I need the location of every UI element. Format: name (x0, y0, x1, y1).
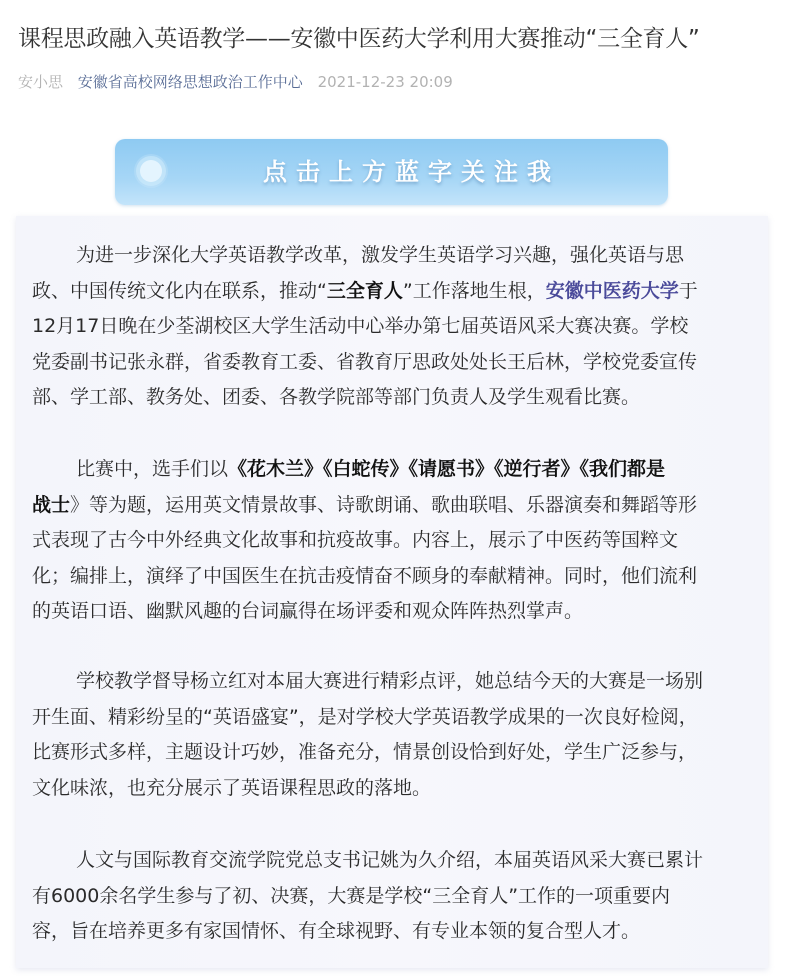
text-line: 为进一步深化大学英语教学改革，激发学生英语学习兴趣，强化英语与思 (32, 238, 754, 274)
bold-text: 战士 (32, 494, 70, 516)
circle-dot-icon (140, 160, 162, 182)
text-line: 容，旨在培养更多有家国情怀、有全球视野、有专业本领的复合型人才。 (32, 914, 754, 950)
text-line: 式表现了古今中外经典文化故事和抗疫故事。内容上，展示了中医药等国粹文 (32, 523, 754, 559)
text-line: 战士》等为题，运用英文情景故事、诗歌朗诵、歌曲联唱、乐器演奏和舞蹈等形 (32, 488, 754, 524)
text-run: 》等为题，运用英文情景故事、诗歌朗诵、歌曲联唱、乐器演奏和舞蹈等形 (70, 494, 697, 516)
follow-banner-label: 点击上方蓝字关注我 (263, 155, 560, 189)
paragraph-1: 为进一步深化大学英语教学改革，激发学生英语学习兴趣，强化英语与思 政、中国传统文… (32, 238, 754, 416)
author-name: 安小思 (18, 73, 63, 91)
text-line: 学校教学督导杨立红对本届大赛进行精彩点评，她总结今天的大赛是一场别 (32, 664, 754, 700)
paragraph-4: 人文与国际教育交流学院党总支书记姚为久介绍，本届英语风采大赛已累计 有6000余… (32, 843, 754, 950)
text-line: 人文与国际教育交流学院党总支书记姚为久介绍，本届英语风采大赛已累计 (32, 843, 754, 879)
text-line: 党委副书记张永群，省委教育工委、省教育厅思政处处长王后林，学校党委宣传 (32, 345, 754, 381)
bold-text: 三全育人 (327, 280, 403, 302)
text-run: 比赛中，选手们以 (76, 458, 228, 480)
text-line: 的英语口语、幽默风趣的台词赢得在场评委和观众阵阵热烈掌声。 (32, 594, 754, 630)
text-run: 于 (679, 280, 698, 302)
article-title: 课程思政融入英语教学——安徽中医药大学利用大赛推动“三全育人” (18, 22, 788, 56)
text-line: 部、学工部、教务处、团委、各教学院部等部门负责人及学生观看比赛。 (32, 380, 754, 416)
paragraph-3: 学校教学督导杨立红对本届大赛进行精彩点评，她总结今天的大赛是一场别 开生面、精彩… (32, 664, 754, 806)
follow-banner[interactable]: 点击上方蓝字关注我 (115, 139, 668, 205)
text-line: 比赛中，选手们以《花木兰》《白蛇传》《请愿书》《逆行者》《我们都是 (32, 452, 754, 488)
text-run: 政、中国传统文化内在联系，推动“ (32, 280, 327, 302)
text-run: ”工作落地生根， (403, 280, 546, 302)
account-link[interactable]: 安徽省高校网络思想政治工作中心 (78, 73, 303, 91)
bold-text: 《花木兰》《白蛇传》《请愿书》《逆行者》《我们都是 (228, 458, 665, 480)
highlighted-school-name: 安徽中医药大学 (546, 280, 679, 302)
article-meta: 安小思 安徽省高校网络思想政治工作中心 2021-12-23 20:09 (18, 70, 453, 94)
text-line: 政、中国传统文化内在联系，推动“三全育人”工作落地生根，安徽中医药大学于 (32, 274, 754, 310)
paragraph-2: 比赛中，选手们以《花木兰》《白蛇传》《请愿书》《逆行者》《我们都是 战士》等为题… (32, 452, 754, 630)
text-line: 有6000余名学生参与了初、决赛，大赛是学校“三全育人”工作的一项重要内 (32, 879, 754, 915)
text-line: 12月17日晚在少荃湖校区大学生活动中心举办第七届英语风采大赛决赛。学校 (32, 309, 754, 345)
text-line: 化；编排上，演绎了中国医生在抗击疫情奋不顾身的奉献精神。同时，他们流利 (32, 559, 754, 595)
text-line: 开生面、精彩纷呈的“英语盛宴”，是对学校大学英语教学成果的一次良好检阅， (32, 700, 754, 736)
text-line: 比赛形式多样，主题设计巧妙，准备充分，情景创设恰到好处，学生广泛参与， (32, 735, 754, 771)
publish-date: 2021-12-23 20:09 (318, 73, 453, 91)
text-line: 文化味浓，也充分展示了英语课程思政的落地。 (32, 771, 754, 807)
